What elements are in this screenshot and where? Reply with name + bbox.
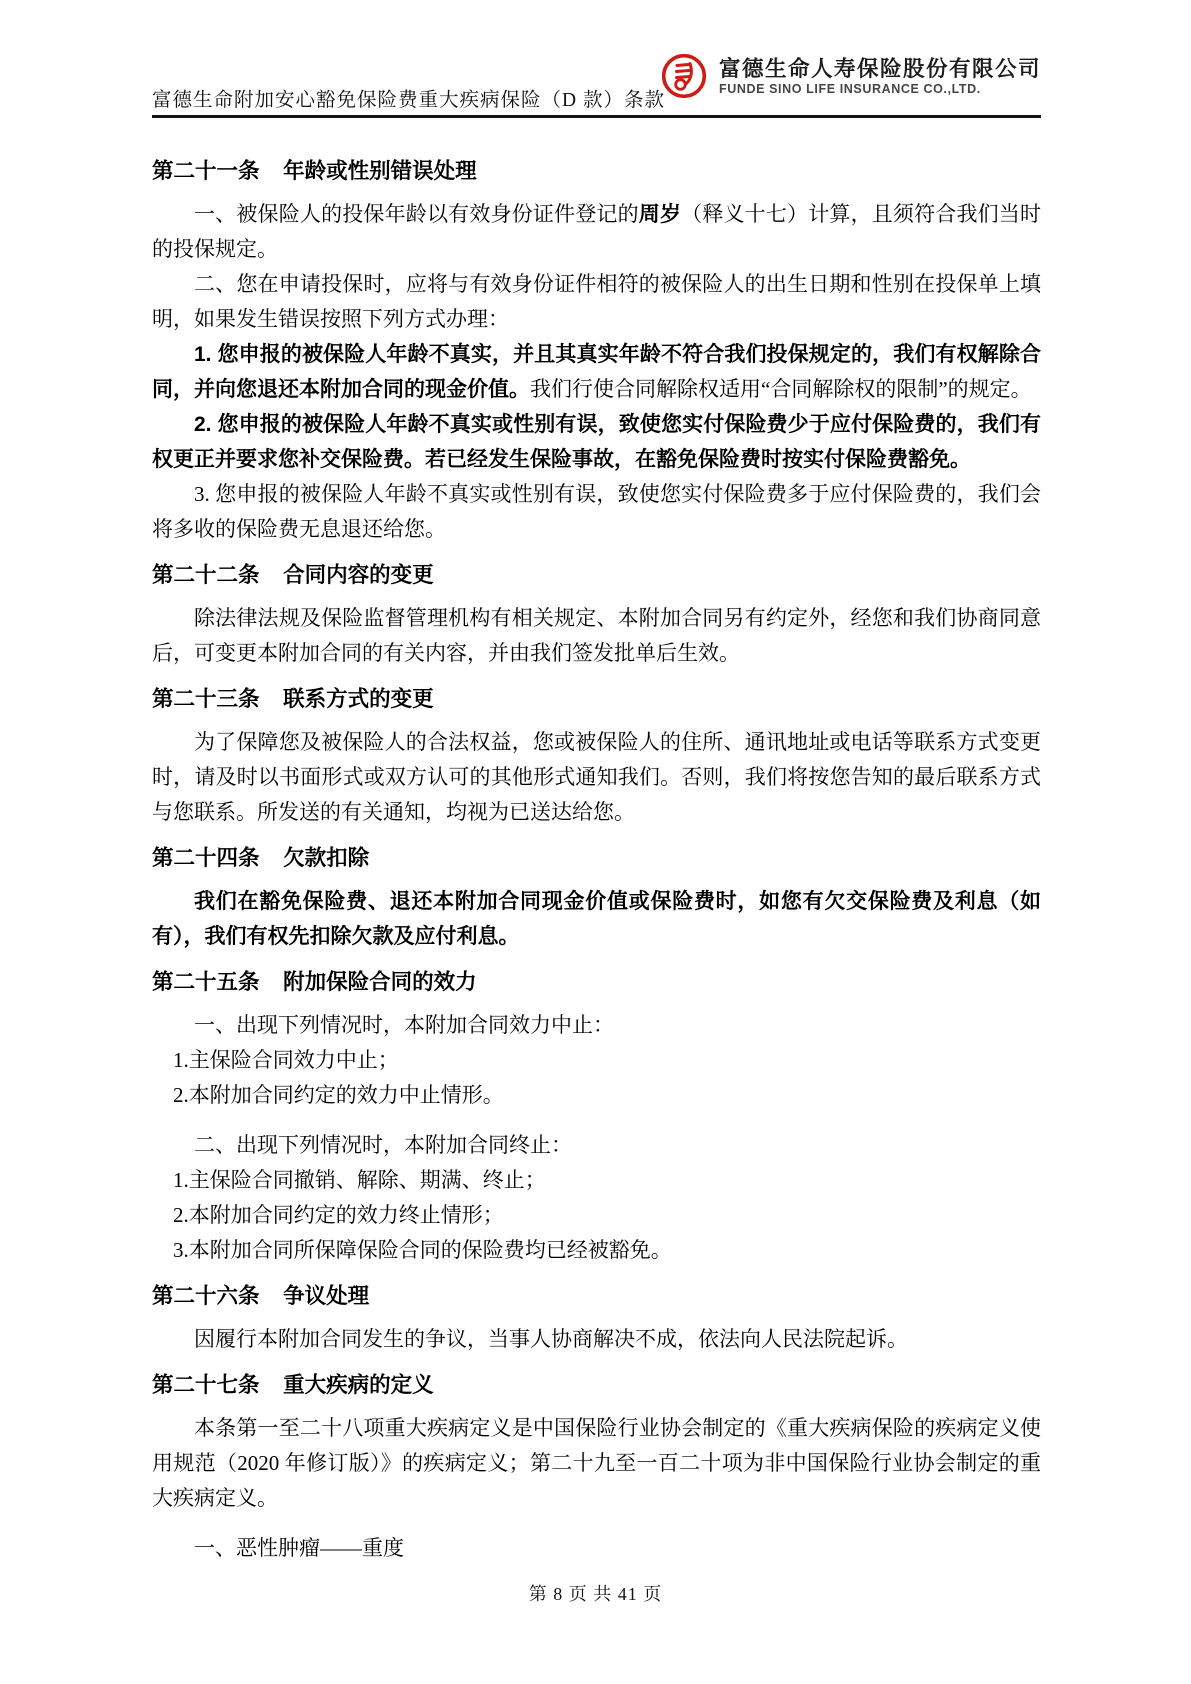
section-title: 联系方式的变更 — [283, 687, 434, 711]
paragraph: 除法律法规及保险监督管理机构有相关规定、本附加合同另有约定外，经您和我们协商同意… — [152, 601, 1041, 671]
text-run: 为了保障您及被保险人的合法权益，您或被保险人的住所、通讯地址或电话等联系方式变更… — [152, 730, 1041, 824]
text-run: 我们行使合同解除权适用“合同解除权的限制”的规定。 — [530, 377, 1032, 401]
text-run: 1.主保险合同撤销、解除、期满、终止； — [173, 1168, 546, 1192]
section-heading: 第二十四条欠款扣除 — [152, 843, 1041, 874]
text-run: 周岁 — [639, 203, 681, 226]
paragraph: 二、出现下列情况时，本附加合同终止： — [152, 1128, 1041, 1163]
company-name-cn: 富德生命人寿保险股份有限公司 — [719, 56, 1041, 82]
text-run: 除法律法规及保险监督管理机构有相关规定、本附加合同另有约定外，经您和我们协商同意… — [152, 606, 1041, 665]
section-title: 附加保险合同的效力 — [283, 970, 477, 994]
company-seal-icon — [660, 52, 708, 100]
text-run: 一、恶性肿瘤——重度 — [194, 1536, 404, 1560]
section-title: 重大疾病的定义 — [283, 1373, 434, 1397]
text-run: 二、您在申请投保时，应将与有效身份证件相符的被保险人的出生日期和性别在投保单上填… — [152, 272, 1041, 331]
section-number: 第二十一条 — [152, 159, 260, 183]
company-name-en: FUNDE SINO LIFE INSURANCE CO.,LTD. — [719, 82, 981, 97]
company-name-block: 富德生命人寿保险股份有限公司 FUNDE SINO LIFE INSURANCE… — [719, 56, 1041, 97]
section: 第二十一条年龄或性别错误处理一、被保险人的投保年龄以有效身份证件登记的周岁（释义… — [152, 124, 1041, 547]
document-body: 第二十一条年龄或性别错误处理一、被保险人的投保年龄以有效身份证件登记的周岁（释义… — [152, 124, 1041, 1566]
section-title: 合同内容的变更 — [283, 563, 434, 587]
paragraph: 二、您在申请投保时，应将与有效身份证件相符的被保险人的出生日期和性别在投保单上填… — [152, 267, 1041, 337]
text-run: 一、被保险人的投保年龄以有效身份证件登记的 — [194, 202, 639, 226]
section: 第二十二条合同内容的变更除法律法规及保险监督管理机构有相关规定、本附加合同另有约… — [152, 547, 1041, 671]
paragraph: 为了保障您及被保险人的合法权益，您或被保险人的住所、通讯地址或电话等联系方式变更… — [152, 725, 1041, 830]
section-heading: 第二十五条附加保险合同的效力 — [152, 967, 1041, 998]
text-run: 2.本附加合同约定的效力中止情形。 — [173, 1083, 504, 1107]
paragraph: 3.本附加合同所保障保险合同的保险费均已经被豁免。 — [152, 1233, 1041, 1268]
text-run: 2. 您申报的被保险人年龄不真实或性别有误，致使您实付保险费少于应付保险费的，我… — [152, 413, 1041, 471]
section-number: 第二十二条 — [152, 563, 260, 587]
paragraph: 2.本附加合同约定的效力中止情形。 — [152, 1078, 1041, 1113]
section-number: 第二十五条 — [152, 970, 260, 994]
section-title: 年龄或性别错误处理 — [283, 159, 477, 183]
paragraph: 2.本附加合同约定的效力终止情形； — [152, 1198, 1041, 1233]
text-run: 我们在豁免保险费、退还本附加合同现金价值或保险费时，如您有欠交保险费及利息（如有… — [152, 890, 1041, 948]
paragraph: 1.主保险合同效力中止； — [152, 1043, 1041, 1078]
section-heading: 第二十六条争议处理 — [152, 1281, 1041, 1312]
section: 第二十三条联系方式的变更为了保障您及被保险人的合法权益，您或被保险人的住所、通讯… — [152, 671, 1041, 830]
section: 第二十六条争议处理因履行本附加合同发生的争议，当事人协商解决不成，依法向人民法院… — [152, 1268, 1041, 1357]
text-run: 二、出现下列情况时，本附加合同终止： — [194, 1133, 572, 1157]
text-run: 本条第一至二十八项重大疾病定义是中国保险行业协会制定的《重大疾病保险的疾病定义使… — [152, 1416, 1041, 1510]
section-heading: 第二十二条合同内容的变更 — [152, 560, 1041, 591]
text-run: 因履行本附加合同发生的争议，当事人协商解决不成，依法向人民法院起诉。 — [194, 1327, 908, 1351]
paragraph: 1.主保险合同撤销、解除、期满、终止； — [152, 1163, 1041, 1198]
text-run: 一、出现下列情况时，本附加合同效力中止： — [194, 1013, 614, 1037]
text-run: 2.本附加合同约定的效力终止情形； — [173, 1203, 504, 1227]
section-number: 第二十六条 — [152, 1284, 260, 1308]
section-title: 欠款扣除 — [283, 846, 369, 870]
paragraph: 本条第一至二十八项重大疾病定义是中国保险行业协会制定的《重大疾病保险的疾病定义使… — [152, 1411, 1041, 1516]
company-logo: 富德生命人寿保险股份有限公司 FUNDE SINO LIFE INSURANCE… — [660, 52, 1041, 100]
paragraph: 因履行本附加合同发生的争议，当事人协商解决不成，依法向人民法院起诉。 — [152, 1322, 1041, 1357]
page-number: 第 8 页 共 41 页 — [0, 1580, 1191, 1606]
text-run: 3. 您申报的被保险人年龄不真实或性别有误，致使您实付保险费多于应付保险费的，我… — [152, 482, 1041, 541]
section: 第二十五条附加保险合同的效力一、出现下列情况时，本附加合同效力中止：1.主保险合… — [152, 954, 1041, 1268]
section-heading: 第二十一条年龄或性别错误处理 — [152, 156, 1041, 187]
paragraph: 一、恶性肿瘤——重度 — [152, 1531, 1041, 1566]
section: 第二十四条欠款扣除我们在豁免保险费、退还本附加合同现金价值或保险费时，如您有欠交… — [152, 830, 1041, 954]
page-header: 富德生命附加安心豁免保险费重大疾病保险（D 款）条款 富德生命人寿保险股份有限公… — [152, 46, 1041, 114]
section-number: 第二十三条 — [152, 687, 260, 711]
paragraph: 3. 您申报的被保险人年龄不真实或性别有误，致使您实付保险费多于应付保险费的，我… — [152, 477, 1041, 547]
section-title: 争议处理 — [283, 1284, 369, 1308]
section-number: 第二十七条 — [152, 1373, 260, 1397]
paragraph: 一、被保险人的投保年龄以有效身份证件登记的周岁（释义十七）计算，且须符合我们当时… — [152, 197, 1041, 267]
section-heading: 第二十七条重大疾病的定义 — [152, 1370, 1041, 1401]
section: 第二十七条重大疾病的定义本条第一至二十八项重大疾病定义是中国保险行业协会制定的《… — [152, 1357, 1041, 1566]
header-divider — [152, 115, 1041, 118]
paragraph: 一、出现下列情况时，本附加合同效力中止： — [152, 1008, 1041, 1043]
text-run: 1.主保险合同效力中止； — [173, 1048, 399, 1072]
paragraph: 1. 您申报的被保险人年龄不真实，并且其真实年龄不符合我们投保规定的，我们有权解… — [152, 337, 1041, 407]
section-number: 第二十四条 — [152, 846, 260, 870]
paragraph: 2. 您申报的被保险人年龄不真实或性别有误，致使您实付保险费少于应付保险费的，我… — [152, 407, 1041, 477]
section-heading: 第二十三条联系方式的变更 — [152, 684, 1041, 715]
text-run: 3.本附加合同所保障保险合同的保险费均已经被豁免。 — [173, 1238, 672, 1262]
document-page: 富德生命附加安心豁免保险费重大疾病保险（D 款）条款 富德生命人寿保险股份有限公… — [0, 0, 1191, 1684]
paragraph: 我们在豁免保险费、退还本附加合同现金价值或保险费时，如您有欠交保险费及利息（如有… — [152, 884, 1041, 954]
document-title: 富德生命附加安心豁免保险费重大疾病保险（D 款）条款 — [152, 84, 665, 112]
